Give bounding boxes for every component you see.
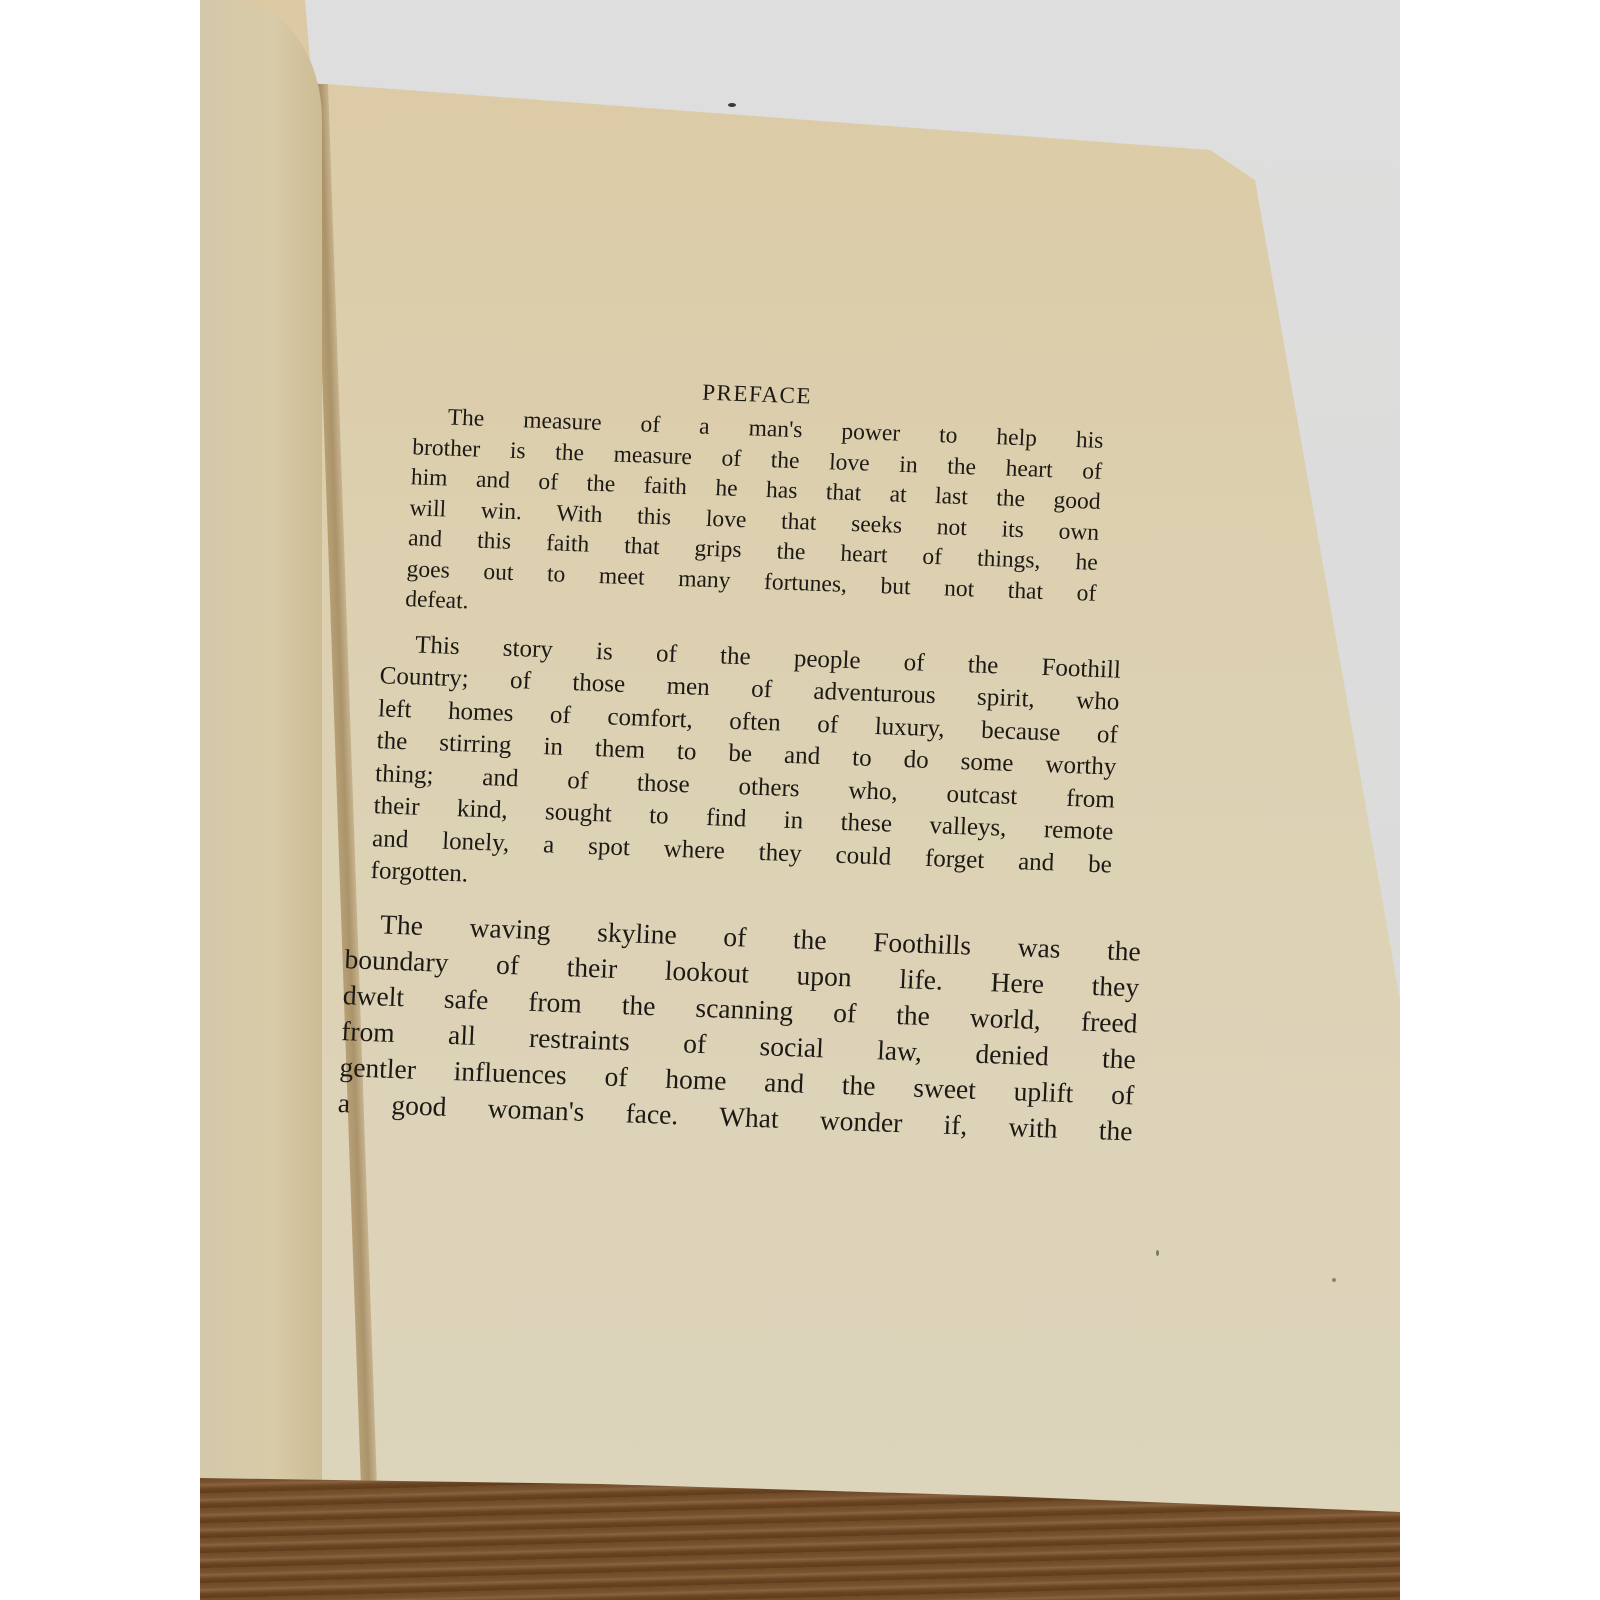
ink-speck [728, 103, 736, 107]
ink-speck [1332, 1278, 1336, 1282]
left-page-curl [200, 0, 322, 1520]
paragraph-2: This story is of the people of the Footh… [370, 628, 1122, 914]
ink-speck [1156, 1250, 1159, 1256]
paragraph-3: The waving skyline of the Foothills was … [337, 905, 1141, 1149]
preface-text: PREFACE The measure of a man's power to … [343, 368, 1138, 1156]
book-photo: PREFACE The measure of a man's power to … [200, 0, 1400, 1600]
paragraph-1: The measure of a man's power to help his… [405, 401, 1104, 639]
